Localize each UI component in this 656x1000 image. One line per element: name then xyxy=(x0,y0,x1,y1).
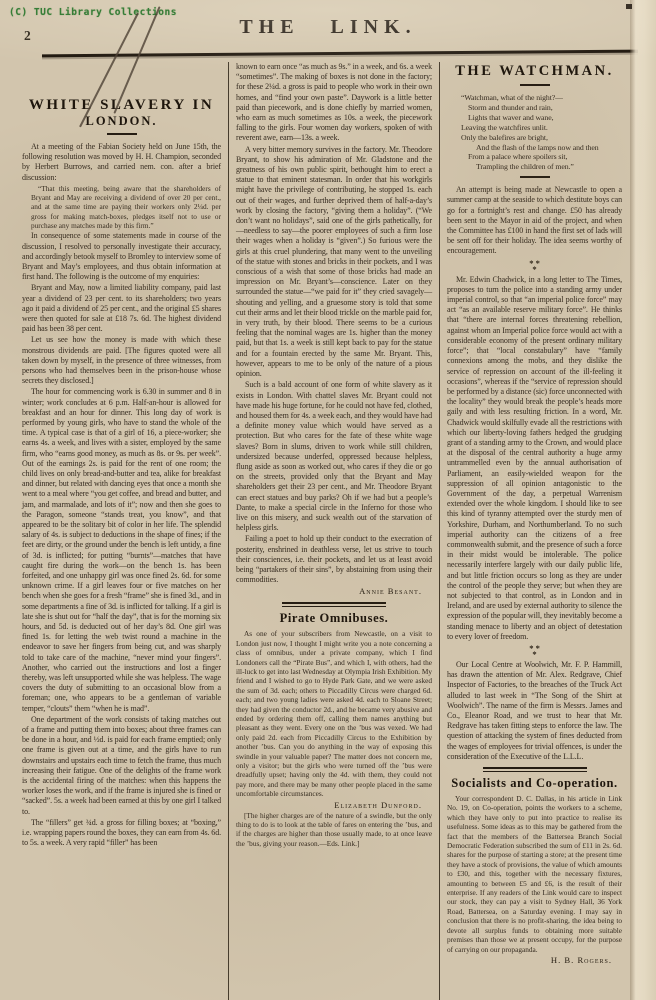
article-title-watchman: THE WATCHMAN. xyxy=(447,63,622,80)
paragraph: A very bitter memory survives in the fac… xyxy=(236,145,432,380)
title-line-1: WHITE SLAVERY IN xyxy=(22,97,221,114)
newspaper-page: (C) TUC Library Collections 2 THE LINK. … xyxy=(0,0,656,1000)
paragraph: Mr. Edwin Chadwick, in a long letter to … xyxy=(447,275,622,642)
poem-line: “Watchman, what of the night?— xyxy=(459,93,622,103)
title-line-2: LONDON. xyxy=(22,114,221,129)
asterism-divider: * * * xyxy=(447,260,622,272)
asterism-bottom: * xyxy=(447,651,622,657)
poem-line: Storm and thunder and rain, xyxy=(459,103,622,113)
paragraph: Your correspondent D. C. Dallas, in his … xyxy=(447,794,622,954)
column-2: known to earn once “as much as 9s.” in a… xyxy=(229,62,440,1000)
page-edge xyxy=(630,0,656,1000)
columns: WHITE SLAVERY IN LONDON. At a meeting of… xyxy=(16,62,626,1000)
paragraph: Our Local Centre at Woolwich, Mr. F. P. … xyxy=(447,660,622,762)
resolution-quote: “That this meeting, being aware that the… xyxy=(31,184,221,230)
paragraph: As one of your subscribers from Newcastl… xyxy=(236,629,432,798)
editors-note: [The higher charges are of the nature of… xyxy=(236,811,432,849)
poem-line: Only the balefires are bright, xyxy=(459,133,622,143)
column-1: WHITE SLAVERY IN LONDON. At a meeting of… xyxy=(16,62,229,1000)
poem-line: Trampling the children of men.” xyxy=(459,162,622,172)
paragraph: Bryant and May, now a limited liability … xyxy=(22,283,221,334)
column-3: THE WATCHMAN. “Watchman, what of the nig… xyxy=(440,62,626,1000)
poem-line: And the flash of the lamps now and then xyxy=(459,143,622,153)
poem-line: Leaving the watchfires unlit. xyxy=(459,123,622,133)
signature-h-b-rogers: H. B. Rogers. xyxy=(447,955,622,966)
article-title-pirate-omnibuses: Pirate Omnibuses. xyxy=(236,611,432,626)
paragraph: Let us see how the money is made with wh… xyxy=(22,335,221,386)
paragraph: An attempt is being made at Newcastle to… xyxy=(447,185,622,256)
signature-annie-besant: Annie Besant. xyxy=(236,586,432,597)
masthead-rule xyxy=(42,50,638,58)
asterism-bottom: * xyxy=(447,266,622,272)
signature-elizabeth-dunford: Elizabeth Dunford. xyxy=(236,800,432,811)
article-divider-rule xyxy=(282,602,386,607)
corner-mark xyxy=(626,4,632,9)
masthead-title: THE LINK. xyxy=(0,16,656,39)
title-rule xyxy=(520,84,550,86)
paragraph: At a meeting of the Fabian Society held … xyxy=(22,142,221,183)
poem-rule xyxy=(520,176,550,178)
watchman-poem: “Watchman, what of the night?— Storm and… xyxy=(447,93,622,172)
article-title-socialists: Socialists and Co-operation. xyxy=(447,776,622,791)
asterism-divider: * * * xyxy=(447,645,622,657)
library-watermark: (C) TUC Library Collections xyxy=(9,7,177,18)
article-title-white-slavery: WHITE SLAVERY IN LONDON. xyxy=(22,97,221,129)
article-divider-rule xyxy=(483,767,587,772)
title-rule xyxy=(107,133,137,135)
paragraph: Such is a bald account of one form of wh… xyxy=(236,380,432,533)
poem-line: Lights that waver and wane, xyxy=(459,113,622,123)
paragraph: One department of the work consists of t… xyxy=(22,715,221,817)
paragraph: In consequence of some statements made i… xyxy=(22,231,221,282)
paragraph: The hour for commencing work is 6.30 in … xyxy=(22,387,221,714)
paragraph: The “fillers” get ¾d. a gross for fillin… xyxy=(22,818,221,849)
paragraph: known to earn once “as much as 9s.” in a… xyxy=(236,62,432,144)
paragraph: Failing a poet to hold up their conduct … xyxy=(236,534,432,585)
poem-line: From a palace where spoilers sit, xyxy=(459,152,622,162)
